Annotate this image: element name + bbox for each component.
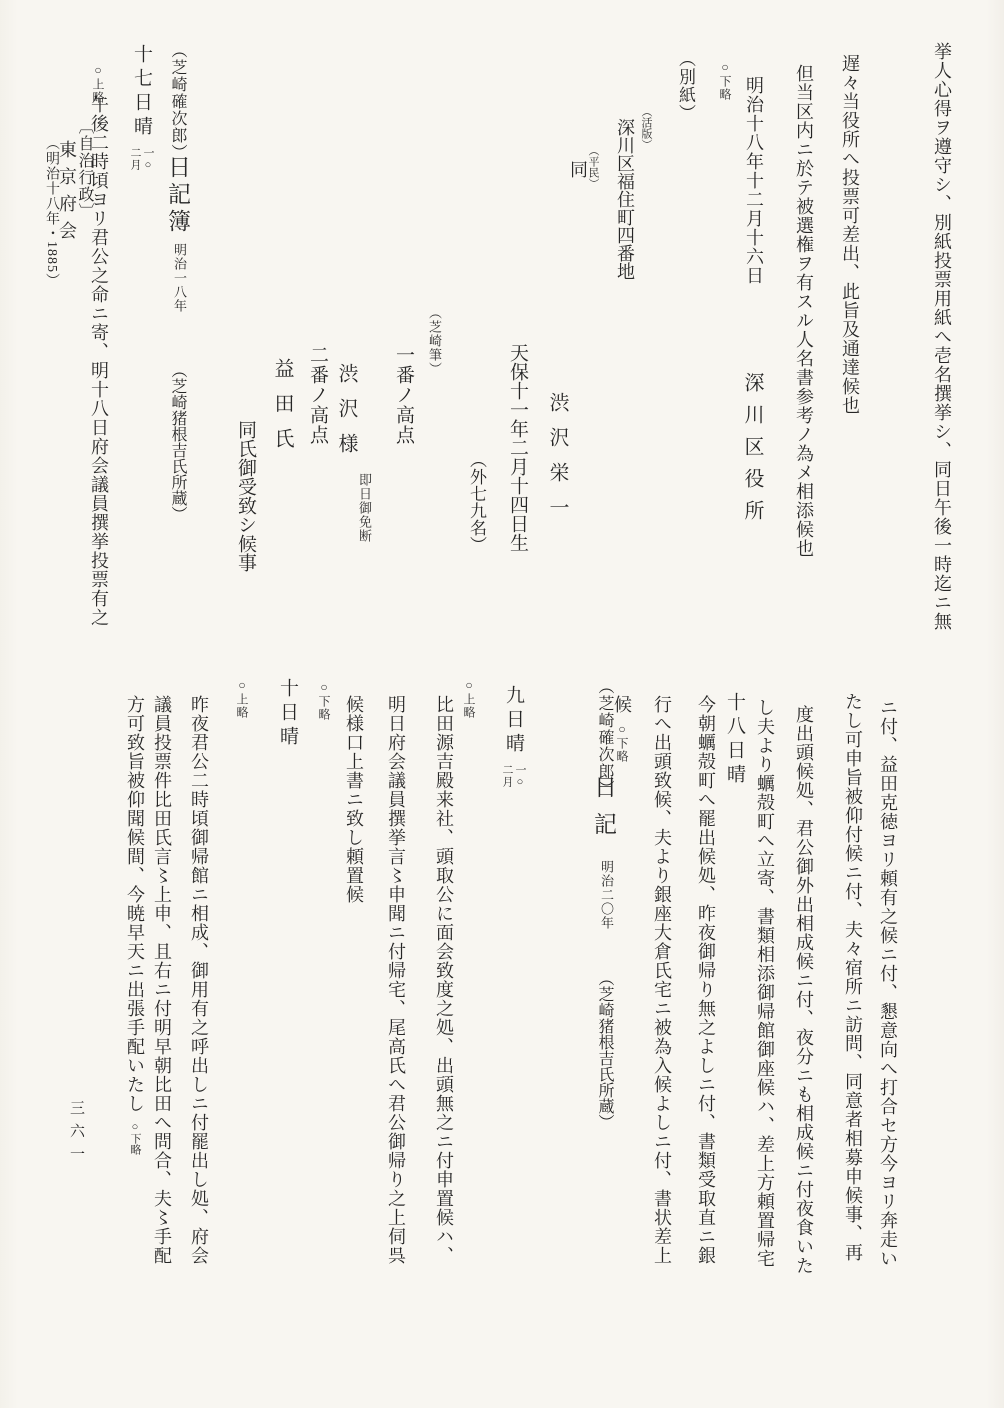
bottom-line-3: 度出頭候処、君公御外出相成候ニ付、夜分ニも相成候ニ付夜食いた xyxy=(795,705,813,1275)
omission-note-above-1: ○上略 xyxy=(463,678,475,719)
omission-note-below-1: ○下略 xyxy=(615,722,629,763)
bottom-line-12: 議員投票件比田氏言〻上申、且右ニ付明早朝比田へ問合、夫〻手配 xyxy=(153,695,171,1265)
shibusawa-name: 渋沢栄一 xyxy=(547,392,567,532)
first-candidate-name: 渋沢様 xyxy=(336,363,356,468)
diary-title: 日記簿 xyxy=(166,155,189,236)
others-count-note: （外七九名） xyxy=(468,451,485,553)
print-type-note: （活版） xyxy=(640,106,651,150)
attachment-label: （別紙） xyxy=(677,50,694,122)
address-line: 深川区福住町四番地 xyxy=(616,118,634,280)
bottom-line-8: 比田源吉殿来社、頭取公に面会致度之処、出頭無之ニ付申置候ハ、 xyxy=(435,695,453,1265)
bottom-line-1: ニ付、益田克徳ヨリ頼有之候ニ付、懇意向へ打合セ方今ヨリ奔走い xyxy=(879,698,897,1268)
bottom-line-10: 候様口上書ニ致し頼置候 xyxy=(345,695,363,904)
diary-owner: （芝崎猪根吉氏所蔵） xyxy=(169,362,185,522)
bottom-line-2: たし可申旨被仰付候ニ付、夫々宿所ニ訪問、同意者相募申候事、再 xyxy=(844,692,862,1262)
second-highest-points-label: 二番ノ高点 xyxy=(308,345,327,445)
entry-date-9-text: 九日晴 xyxy=(503,685,524,757)
bottom-line-4: し夫より蠣殻町へ立寄、書類相添御帰館御座候ハ、差上方頼置帰宅 xyxy=(756,698,774,1268)
first-candidate-result: 即日御免断 xyxy=(358,473,371,543)
source-year: （明治十八年・1885） xyxy=(44,136,58,288)
first-highest-points-label: 一番ノ高点 xyxy=(394,345,413,445)
diary2-title: 日記 xyxy=(592,775,615,849)
omission-note-below: ○下略 xyxy=(719,60,731,101)
diary2-year: 明治二〇年 xyxy=(600,860,613,930)
diary2-owner: （芝崎猪根吉氏所蔵） xyxy=(596,970,612,1130)
top-line-1: 挙人心得ヲ遵守シ、別紙投票用紙へ壱名撰挙シ、同日午後一時迄ニ無 xyxy=(933,42,951,631)
top-line-2: 遅々当役所へ投票可差出、此旨及通達候也 xyxy=(841,54,859,415)
omission-note-below-3: ○下略 xyxy=(129,1121,141,1155)
bottom-line-9: 明日府会議員撰挙言〻申聞ニ付帰宅、尾高氏へ君公御帰り之上伺呉 xyxy=(387,695,405,1265)
page-number: 三六一 xyxy=(68,1100,83,1169)
entry-date-9: 九日晴○一二月 xyxy=(500,685,526,789)
top-line-3: 但当区内ニ於テ被選権ヲ有スル人名書参考ノ為メ相添候也 xyxy=(795,64,813,558)
entry-date-17: 十七日晴○一二月 xyxy=(128,44,154,172)
month-warichu-note: ○一二月 xyxy=(128,147,154,172)
entry-date-10: 十日晴 xyxy=(278,678,297,750)
scanned-book-page: 挙人心得ヲ遵守シ、別紙投票用紙へ壱名撰挙シ、同日午後一時迄ニ無 遅々当役所へ投票… xyxy=(0,0,1004,1408)
bottom-line-5: 今朝蠣殻町へ罷出候処、昨夜御帰り無之よしニ付、書類受取直ニ銀 xyxy=(697,695,715,1265)
second-candidate-name: 益田氏 xyxy=(272,358,292,463)
birth-date-line: 天保十一年二月十四日生 xyxy=(508,343,527,552)
month-warichu-note-2: ○一二月 xyxy=(500,764,526,789)
bottom-line-7: 候○下略 xyxy=(613,695,631,763)
handwriting-note: （芝崎筆） xyxy=(428,306,441,376)
source-citation: 〔自治行政〕 東京府会 （明治十八年・1885） xyxy=(44,118,92,288)
top-date-line: 明治十八年十二月十六日 xyxy=(745,76,763,285)
ditto-mark: 同 xyxy=(569,160,587,179)
bottom-line-13: 方可致旨被仰聞候間、今暁早天ニ出張手配いたし○下略 xyxy=(126,695,144,1155)
diary-author: （芝崎確次郎） xyxy=(169,42,185,161)
commoner-status-note: （平民） xyxy=(587,145,598,189)
omission-note-above-2: ○上略 xyxy=(236,678,248,719)
source-body: 東京府会 xyxy=(58,140,76,288)
entry-date-text: 十七日晴 xyxy=(131,44,152,140)
bottom-line-6: 行へ出頭致候、夫より銀座大倉氏宅ニ被為入候よしニ付、書状差上 xyxy=(653,695,671,1265)
ward-office-signature: 深川区役所 xyxy=(742,372,762,532)
second-candidate-result: 同氏御受致シ候事 xyxy=(236,420,255,572)
diary-year: 明治一八年 xyxy=(173,243,186,313)
source-category: 〔自治行政〕 xyxy=(76,118,92,288)
entry-date-18: 十八日晴 xyxy=(725,692,744,788)
omission-note-below-2: ○下略 xyxy=(318,680,330,721)
bottom-line-11: 昨夜君公二時頃御帰館ニ相成、御用有之呼出しニ付罷出し処、府会 xyxy=(190,695,208,1265)
